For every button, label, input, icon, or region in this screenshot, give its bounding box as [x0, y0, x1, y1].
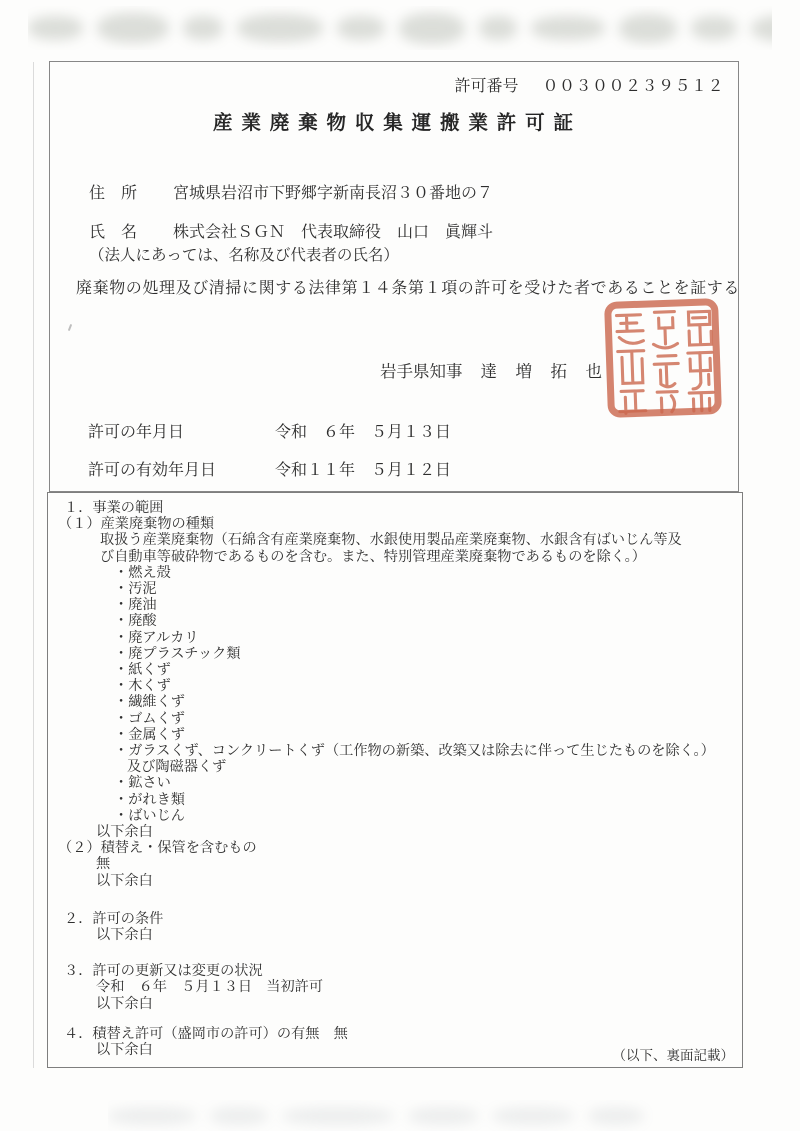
expiry-date-row: 許可の有効年月日 令和１１年 ５月１２日: [88, 457, 451, 480]
governor-seal-stamp: [604, 298, 722, 418]
waste-item: ・廃油: [48, 597, 742, 613]
expiry-date-value: 令和１１年 ５月１２日: [275, 462, 451, 479]
address-label: 住 所: [89, 180, 169, 203]
name-value: 株式会社ＳＧＮ 代表取締役 山口 眞輝斗: [173, 224, 493, 241]
permit-date-label: 許可の年月日: [88, 419, 271, 442]
section3-line: 令和 ６年 ５月１３日 当初許可: [48, 979, 742, 995]
address-value: 宮城県岩沼市下野郷字新南長沼３０番地の７: [173, 185, 493, 202]
waste-item: ・繊維くず: [48, 694, 742, 710]
name-label: 氏 名: [89, 219, 169, 242]
waste-item: ・木くず: [48, 678, 742, 694]
waste-item: ・がれき類: [48, 792, 742, 808]
permit-date-value: 令和 ６年 ５月１３日: [275, 424, 451, 441]
waste-item-continuation: 及び陶磁器くず: [48, 759, 742, 775]
blank-note: 以下余白: [48, 996, 742, 1012]
issuer-row: 岩手県知事達 増 拓 也: [380, 358, 603, 382]
expiry-date-label: 許可の有効年月日: [88, 457, 271, 480]
certificate-details-box: １．事業の範囲 （１）産業廃棄物の種類 取扱う産業廃棄物（石綿含有産業廃棄物、水…: [47, 492, 743, 1068]
section4-title: ４．積替え許可（盛岡市の許可）の有無 無: [48, 1026, 742, 1042]
blank-note: 以下余白: [48, 824, 742, 840]
scan-bleed-through-bottom: [108, 1100, 708, 1131]
permit-number-row: 許可番号 ００３００２３９５１２: [454, 73, 724, 96]
scan-bleed-through-top: [28, 6, 772, 50]
waste-item: ・ばいじん: [48, 808, 742, 824]
scanned-permit-document: 許可番号 ００３００２３９５１２ 産 業 廃 棄 物 収 集 運 搬 業 許 可…: [0, 0, 800, 1131]
blank-note: 以下余白: [48, 873, 742, 889]
waste-item: ・廃プラスチック類: [48, 646, 742, 662]
handling-line-1: 取扱う産業廃棄物（石綿含有産業廃棄物、水銀使用製品産業廃棄物、水銀含有ばいじん等…: [48, 532, 742, 548]
section1-sub1: （１）産業廃棄物の種類: [48, 516, 742, 532]
issuer-name: 達 増 拓 也: [481, 362, 604, 381]
section1-sub2: （２）積替え・保管を含むもの: [48, 840, 742, 856]
back-side-note: （以下、裏面記載）: [613, 1044, 735, 1064]
section3-title: ３．許可の更新又は変更の状況: [48, 963, 742, 979]
scan-edge-shadow: [33, 62, 34, 1068]
blank-note: 以下余白: [48, 927, 742, 943]
permit-date-row: 許可の年月日 令和 ６年 ５月１３日: [88, 419, 451, 442]
waste-item: ・金属くず: [48, 727, 742, 743]
section1-title: １．事業の範囲: [48, 500, 742, 516]
document-title: 産 業 廃 棄 物 収 集 運 搬 業 許 可 証: [50, 107, 738, 135]
waste-item: ・ガラスくず、コンクリートくず（工作物の新築、改築又は除去に伴って生じたものを除…: [48, 743, 742, 759]
waste-item: ・紙くず: [48, 662, 742, 678]
governor-seal-svg: [604, 298, 722, 418]
permit-number-label: 許可番号: [454, 73, 518, 96]
certificate-header-box: 許可番号 ００３００２３９５１２ 産 業 廃 棄 物 収 集 運 搬 業 許 可…: [49, 61, 739, 492]
waste-item: ・廃酸: [48, 613, 742, 629]
waste-item: ・汚泥: [48, 581, 742, 597]
permit-number-value: ００３００２３９５１２: [542, 73, 724, 96]
waste-item: ・ゴムくず: [48, 711, 742, 727]
scan-speck: [68, 324, 72, 331]
address-row: 住 所 宮城県岩沼市下野郷字新南長沼３０番地の７: [89, 180, 493, 203]
issuer-title: 岩手県知事: [380, 362, 463, 381]
handling-line-2: び自動車等破砕物であるものを含む。また、特別管理産業廃棄物であるものを除く。）: [48, 549, 742, 565]
waste-item: ・鉱さい: [48, 775, 742, 791]
section2-title: ２．許可の条件: [48, 911, 742, 927]
name-note: （法人にあっては、名称及び代表者の氏名）: [89, 243, 399, 265]
waste-item: ・燃え殻: [48, 565, 742, 581]
name-row: 氏 名 株式会社ＳＧＮ 代表取締役 山口 眞輝斗: [89, 219, 493, 242]
waste-item: ・廃アルカリ: [48, 630, 742, 646]
certification-statement: 廃棄物の処理及び清掃に関する法律第１４条第１項の許可を受けた者であることを証する: [76, 275, 738, 298]
sub2-value: 無: [48, 856, 742, 872]
